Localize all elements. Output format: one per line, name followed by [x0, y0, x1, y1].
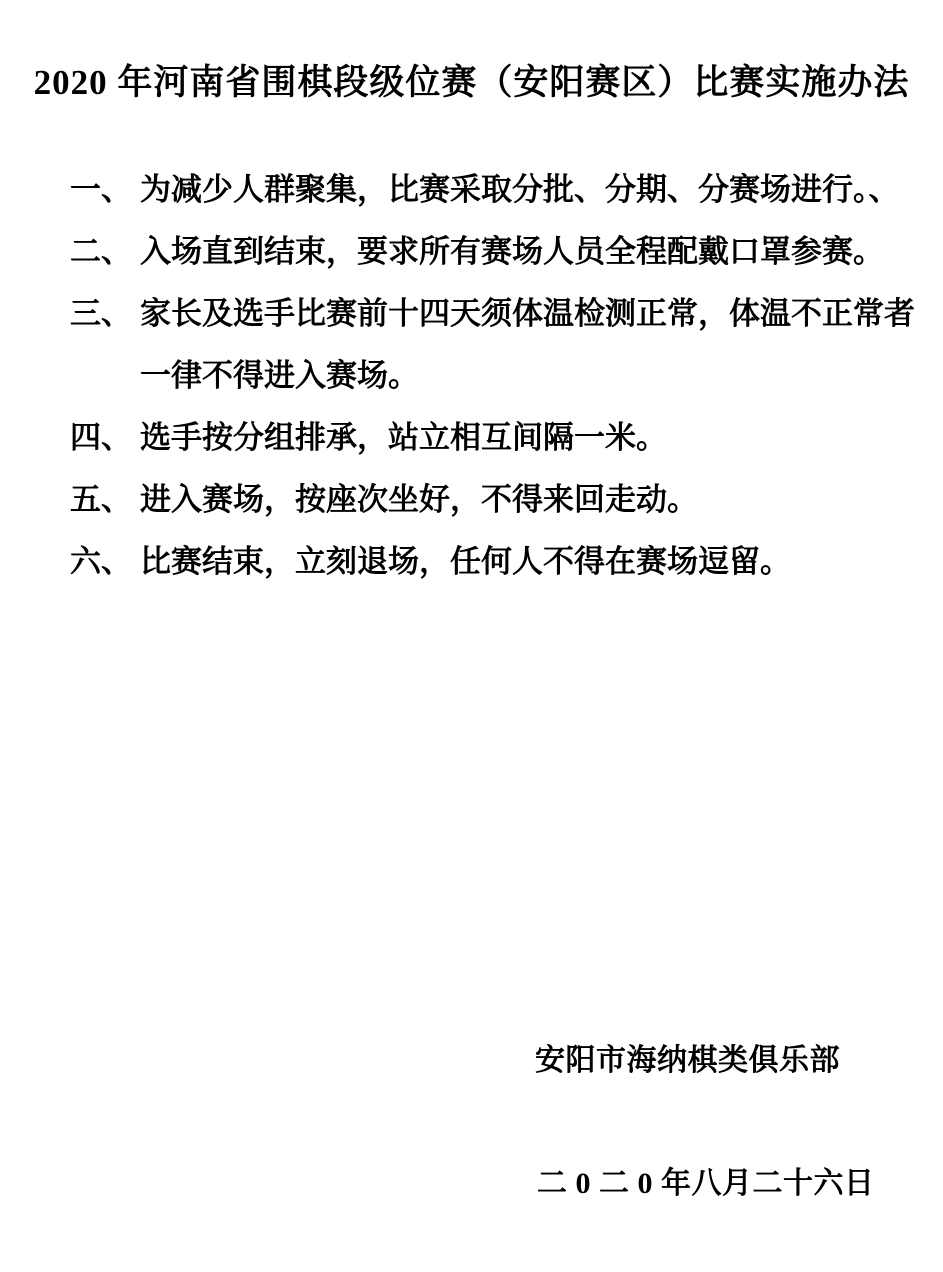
- signature-organization: 安阳市海纳棋类俱乐部: [535, 1041, 840, 1081]
- item-text: 为减少人群聚集，比赛采取分批、分期、分赛场进行。、: [140, 159, 920, 221]
- document-title: 2020 年河南省围棋段级位赛（安阳赛区）比赛实施办法: [0, 59, 943, 107]
- item-text: 入场直到结束，要求所有赛场人员全程配戴口罩参赛。: [140, 221, 920, 283]
- item-text-line-2: 一律不得进入赛场。: [140, 345, 920, 407]
- item-number: 三、: [70, 283, 140, 345]
- item-text: 家长及选手比赛前十四天须体温检测正常，体温不正常者 一律不得进入赛场。: [140, 283, 920, 407]
- list-item: 四、 选手按分组排承，站立相互间隔一米。: [70, 407, 920, 469]
- list-item: 五、 进入赛场，按座次坐好，不得来回走动。: [70, 469, 920, 531]
- rules-list: 一、 为减少人群聚集，比赛采取分批、分期、分赛场进行。、 二、 入场直到结束，要…: [70, 159, 920, 593]
- list-item: 三、 家长及选手比赛前十四天须体温检测正常，体温不正常者 一律不得进入赛场。: [70, 283, 920, 407]
- item-text: 进入赛场，按座次坐好，不得来回走动。: [140, 469, 920, 531]
- list-item: 二、 入场直到结束，要求所有赛场人员全程配戴口罩参赛。: [70, 221, 920, 283]
- item-text: 比赛结束，立刻退场，任何人不得在赛场逗留。: [140, 531, 920, 593]
- item-number: 一、: [70, 159, 140, 221]
- list-item: 六、 比赛结束，立刻退场，任何人不得在赛场逗留。: [70, 531, 920, 593]
- item-number: 五、: [70, 469, 140, 531]
- item-number: 二、: [70, 221, 140, 283]
- item-text-line-1: 家长及选手比赛前十四天须体温检测正常，体温不正常者: [140, 283, 920, 345]
- item-number: 四、: [70, 407, 140, 469]
- document-page: 2020 年河南省围棋段级位赛（安阳赛区）比赛实施办法 一、 为减少人群聚集，比…: [0, 0, 943, 1272]
- item-number: 六、: [70, 531, 140, 593]
- list-item: 一、 为减少人群聚集，比赛采取分批、分期、分赛场进行。、: [70, 159, 920, 221]
- item-text: 选手按分组排承，站立相互间隔一米。: [140, 407, 920, 469]
- signature-date: 二 0 二 0 年八月二十六日: [537, 1164, 875, 1204]
